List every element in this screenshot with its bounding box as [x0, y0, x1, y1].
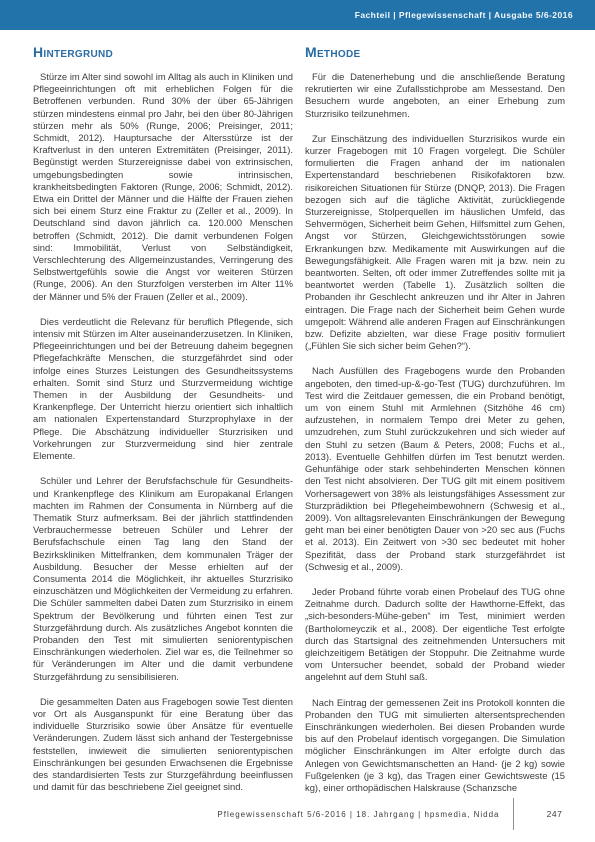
paragraph: Nach Eintrag der gemessenen Zeit ins Pro… — [305, 697, 565, 795]
paragraph: Dies verdeutlicht die Relevanz für beruf… — [33, 316, 293, 462]
page-body: Hintergrund Stürze im Alter sind sowohl … — [33, 44, 565, 802]
paragraph: Jeder Proband führte vorab einen Probela… — [305, 586, 565, 684]
paragraph: Zur Einschätzung des individuellen Sturz… — [305, 133, 565, 353]
section-heading-hintergrund: Hintergrund — [33, 44, 293, 60]
paragraph: Schüler und Lehrer der Berufsfachschule … — [33, 475, 293, 682]
page-footer: Pflegewissenschaft 5/6-2016 | 18. Jahrga… — [0, 798, 595, 830]
paragraph: Für die Datenerhebung und die anschließe… — [305, 71, 565, 120]
section-heading-methode: Methode — [305, 44, 565, 60]
column-left: Hintergrund Stürze im Alter sind sowohl … — [33, 44, 293, 802]
paragraph: Nach Ausfüllen des Fragebogens wurde den… — [305, 365, 565, 572]
footer-imprint: Pflegewissenschaft 5/6-2016 | 18. Jahrga… — [217, 810, 499, 819]
column-right: Methode Für die Datenerhebung und die an… — [305, 44, 565, 802]
page-number: 247 — [514, 809, 595, 819]
paragraph: Die gesammelten Daten aus Fragebogen sow… — [33, 696, 293, 794]
paragraph: Stürze im Alter sind sowohl im Alltag al… — [33, 71, 293, 303]
journal-header-bar: Fachteil | Pflegewissenschaft | Ausgabe … — [0, 0, 595, 30]
journal-header-text: Fachteil | Pflegewissenschaft | Ausgabe … — [355, 10, 573, 20]
